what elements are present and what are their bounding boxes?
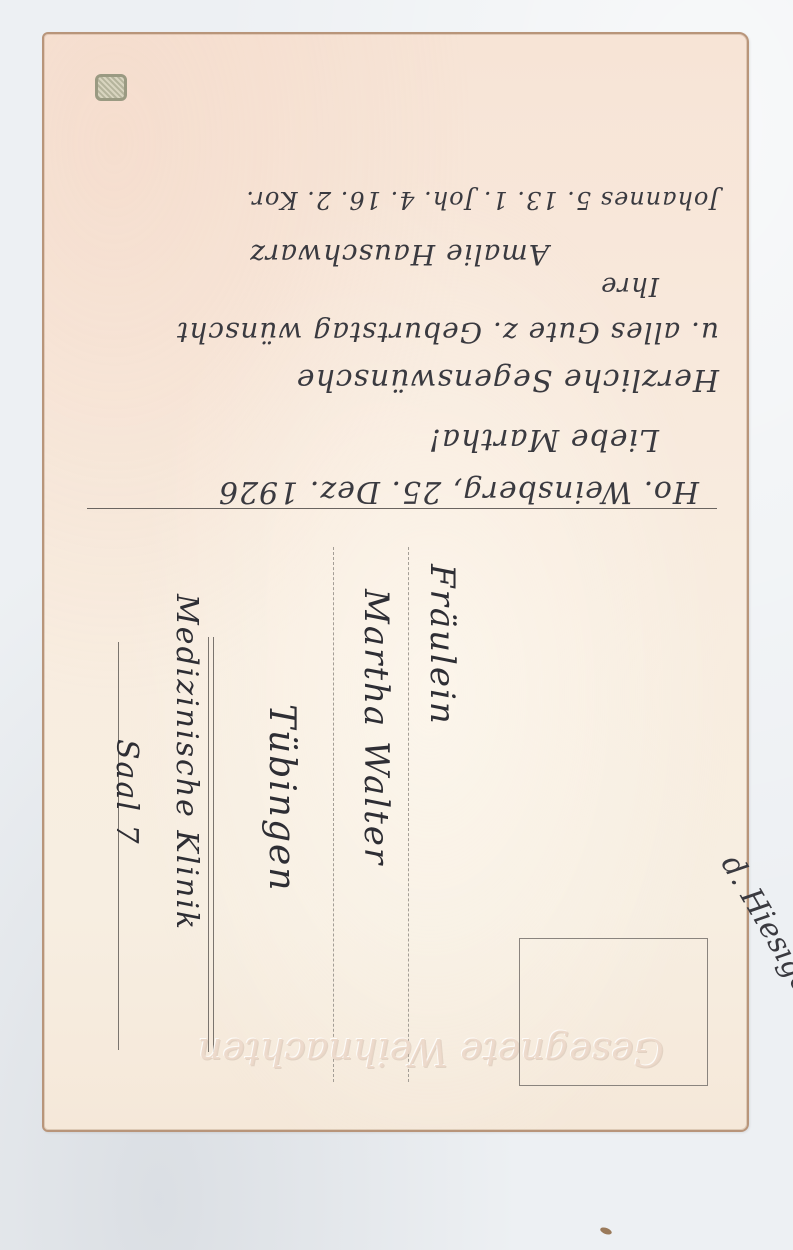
stamp-placeholder — [519, 938, 708, 1086]
closing: Ihre — [600, 271, 659, 301]
message-divider — [87, 508, 717, 509]
message-block: Ho. Weinsberg, 25. Dez. 1926 Liebe Marth… — [89, 149, 729, 509]
message-line-2: u. alles Gute z. Geburtstag wünscht — [176, 316, 719, 349]
message-line-1: Herzliche Segenswünsche — [296, 362, 719, 397]
address-city: Tübingen — [261, 704, 302, 892]
address-title: Fräulein — [422, 564, 462, 726]
salutation: Liebe Martha! — [428, 422, 659, 457]
address-name: Martha Walter — [356, 589, 396, 866]
address-room: Saal 7 — [109, 739, 144, 846]
publisher-logo-icon — [95, 74, 127, 101]
date-line: Ho. Weinsberg, 25. Dez. 1926 — [218, 474, 699, 509]
city-underline-double — [208, 637, 214, 1052]
address-guide-line — [118, 642, 119, 1050]
postcard: Ho. Weinsberg, 25. Dez. 1926 Liebe Marth… — [42, 32, 749, 1132]
signature: Amalie Hauschwarz — [249, 238, 549, 271]
bible-references: Johannes 5. 13. 1. Joh. 4. 16. 2. Kor. — [245, 186, 719, 214]
address-institution: Medizinische Klinik — [169, 594, 204, 931]
